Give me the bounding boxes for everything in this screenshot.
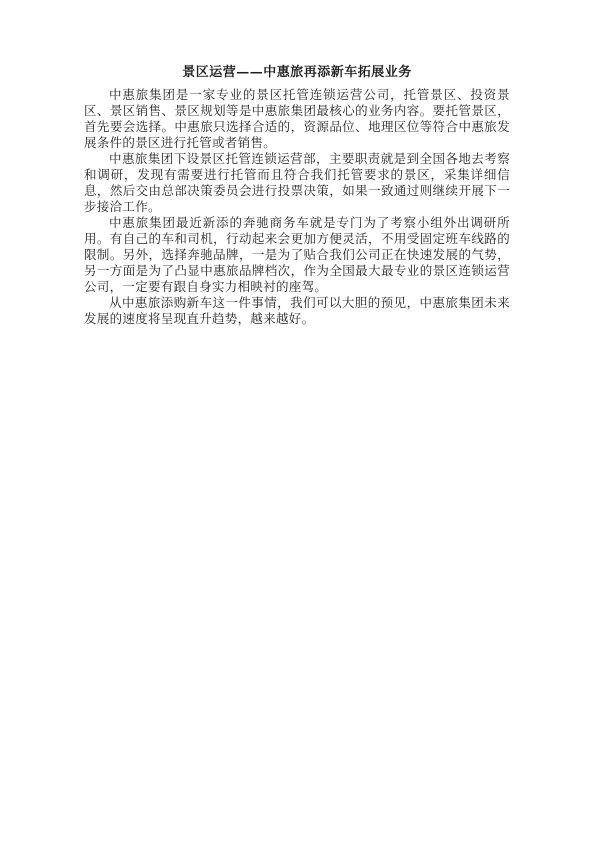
paragraph-2: 中惠旅集团下设景区托管连锁运营部，主要职责就是到全国各地去考察和调研，发现有需要…: [84, 151, 510, 215]
document-title: 景区运营——中惠旅再添新车拓展业务: [84, 64, 510, 82]
document-page: 景区运营——中惠旅再添新车拓展业务 中惠旅集团是一家专业的景区托管连锁运营公司，…: [0, 0, 595, 842]
paragraph-4: 从中惠旅添购新车这一件事情，我们可以大胆的预见，中惠旅集团未来发展的速度将呈现直…: [84, 295, 510, 327]
paragraph-1: 中惠旅集团是一家专业的景区托管连锁运营公司，托管景区、投资景区、景区销售、景区规…: [84, 87, 510, 151]
paragraph-3: 中惠旅集团最近新添的奔驰商务车就是专门为了考察小组外出调研所用。有自己的车和司机…: [84, 215, 510, 295]
